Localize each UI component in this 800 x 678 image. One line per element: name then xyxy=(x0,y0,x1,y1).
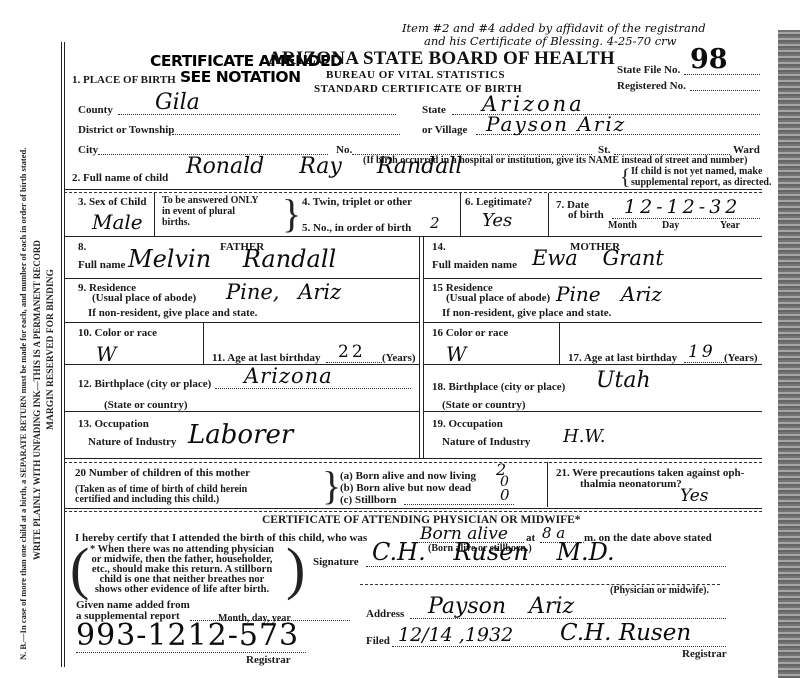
amendment-note: Item #2 and #4 added by affidavit of the… xyxy=(402,22,706,48)
write-plainly-text: WRITE PLAINLY WITH UNFADING INK—THIS IS … xyxy=(32,240,42,560)
legitimate-value: Yes xyxy=(482,210,512,231)
instruction-line-5: shows other evidence of life after birth… xyxy=(82,585,282,595)
col-divider xyxy=(547,462,548,507)
county-label: County xyxy=(78,104,113,116)
county-value: Gila xyxy=(155,90,200,115)
unnamed-note-2: supplemental report, as directed. xyxy=(631,177,771,188)
signature-line xyxy=(366,566,726,567)
registrar-line xyxy=(76,652,306,653)
children-count-note: (Taken as of time of birth of child here… xyxy=(75,485,247,505)
filed-registrar-signature: C.H. Rusen xyxy=(560,620,691,646)
father-birthplace-line xyxy=(215,388,411,389)
address-value: Payson Ariz xyxy=(428,594,574,619)
margin-reserved-text: MARGIN RESERVED FOR BINDING xyxy=(46,269,56,430)
row-divider xyxy=(423,278,762,279)
registrar-label: Registrar xyxy=(246,654,291,666)
father-section-number: 8. xyxy=(78,241,86,253)
child-name-value: Ronald Ray Randall xyxy=(186,154,462,179)
mother-color-value: W xyxy=(446,342,467,366)
mother-maiden-name-label: Full maiden name xyxy=(432,259,517,271)
children-count-label: 20 Number of children of this mother xyxy=(75,467,250,479)
filed-date-value: 12/14 ,1932 xyxy=(398,624,513,646)
village-value: Payson Ariz xyxy=(486,112,626,136)
attendant-certify-text: I hereby certify that I attended the bir… xyxy=(75,532,367,544)
unnamed-brace: { xyxy=(620,164,631,190)
mother-nonresident-label: If non-resident, give place and state. xyxy=(442,307,611,319)
mother-birthplace-value: Utah xyxy=(596,368,651,393)
plural-note-line-3: births. xyxy=(162,217,259,228)
father-age-label: 11. Age at last birthday xyxy=(212,352,320,364)
col-divider xyxy=(559,322,560,364)
father-age-unit: (Years) xyxy=(382,352,416,364)
ophthalmia-label-2: thalmia neonatorum? xyxy=(580,478,682,490)
nb-instruction-text: N. B.—In case of more than one child at … xyxy=(18,148,28,660)
plural-note-line-1: To be answered ONLY xyxy=(162,195,259,206)
date-of-birth-label: 7. Date of birth xyxy=(556,200,604,220)
row-divider xyxy=(64,236,762,237)
stillborn-value: 0 xyxy=(500,486,510,504)
father-state-country-label: (State or country) xyxy=(104,399,188,411)
father-nonresident-label: If non-resident, give place and state. xyxy=(88,307,257,319)
mother-age-unit: (Years) xyxy=(724,352,758,364)
mother-occupation-value: H.W. xyxy=(563,426,606,447)
mother-occupation-label: 19. Occupation xyxy=(432,418,503,430)
form-left-border-inner xyxy=(64,42,65,667)
filed-label: Filed xyxy=(366,635,390,647)
filed-line xyxy=(392,646,726,647)
father-residence-sub: (Usual place of abode) xyxy=(92,292,196,304)
row-divider xyxy=(423,322,762,323)
row-divider xyxy=(423,411,762,412)
mother-age-line xyxy=(684,362,724,363)
row-divider xyxy=(64,364,419,365)
attendant-instructions: * When there was no attending physician … xyxy=(82,545,282,595)
form-left-border xyxy=(61,42,62,667)
twin-label: 4. Twin, triplet or other xyxy=(302,196,412,208)
born-alive-living-label: (a) Born alive and now living xyxy=(340,470,476,482)
note-brace-right: ) xyxy=(286,540,305,598)
plural-birth-note: To be answered ONLY in event of plural b… xyxy=(162,195,259,228)
father-name-label: Full name xyxy=(78,259,125,271)
birth-order-label: 5. No., in order of birth xyxy=(302,222,411,234)
col-divider xyxy=(203,322,204,364)
dob-month-label: Month xyxy=(608,220,637,231)
mother-section-number: 14. xyxy=(432,241,446,253)
father-age-value: 22 xyxy=(338,342,366,362)
child-name-label: 2. Full name of child xyxy=(72,172,168,184)
signature-sub: (Physician or midwife). xyxy=(610,585,709,596)
village-label: or Village xyxy=(422,124,467,136)
signature-label: Signature xyxy=(313,556,359,568)
father-age-line xyxy=(326,362,382,363)
row-divider-dashed xyxy=(64,511,762,512)
bureau-title: BUREAU OF VITAL STATISTICS xyxy=(326,69,505,81)
scan-edge-shadow xyxy=(778,30,800,678)
sex-value: Male xyxy=(92,210,143,234)
dob-day-label: Day xyxy=(662,220,679,231)
mother-color-label: 16 Color or race xyxy=(432,327,508,339)
dob-line xyxy=(612,218,760,219)
father-occupation-label: 13. Occupation xyxy=(78,418,149,430)
birth-order-value: 2 xyxy=(430,214,440,232)
children-brace: } xyxy=(322,462,341,509)
legitimate-label: 6. Legitimate? xyxy=(465,196,532,208)
filed-registrar-label: Registrar xyxy=(682,648,727,660)
row-divider-dashed xyxy=(64,192,762,193)
mother-maiden-name-value: Ewa Grant xyxy=(532,246,664,270)
father-occupation-value: Laborer xyxy=(188,420,293,450)
registered-no-line xyxy=(690,90,760,91)
mother-industry-label: Nature of Industry xyxy=(442,436,530,448)
parent-columns-divider-2 xyxy=(423,236,424,458)
father-industry-label: Nature of Industry xyxy=(88,436,176,448)
mother-residence-sub: (Usual place of abode) xyxy=(446,292,550,304)
form-title: ARIZONA STATE BOARD OF HEALTH xyxy=(268,48,615,70)
stillborn-line xyxy=(404,504,514,505)
district-label: District or Township xyxy=(78,124,174,136)
mother-birthplace-label: 18. Birthplace (city or place) xyxy=(432,381,565,393)
children-note-line-2: certified and including this child.) xyxy=(75,495,247,505)
row-divider xyxy=(64,411,419,412)
plural-brace: } xyxy=(282,190,301,237)
row-divider-dashed xyxy=(64,462,762,463)
dob-label-line-2: of birth xyxy=(556,210,604,220)
address-label: Address xyxy=(366,608,404,620)
amendment-note-line-2: and his Certificate of Blessing. 4-25-70… xyxy=(402,35,706,48)
sex-label: 3. Sex of Child xyxy=(78,196,146,208)
amended-stamp-line-2: SEE NOTATION xyxy=(180,68,301,86)
mother-state-country-label: (State or country) xyxy=(442,399,526,411)
row-divider xyxy=(423,364,762,365)
mother-age-label: 17. Age at last birthday xyxy=(568,352,677,364)
col-divider xyxy=(548,193,549,236)
stillborn-label: (c) Stillborn xyxy=(340,494,397,506)
col-divider xyxy=(154,193,155,236)
district-line xyxy=(172,134,400,135)
date-of-birth-value: 12-12-32 xyxy=(624,196,741,218)
mother-residence-value: Pine Ariz xyxy=(556,282,662,306)
father-color-value: W xyxy=(96,342,117,366)
born-alive-dead-label: (b) Born alive but now dead xyxy=(340,482,471,494)
row-divider xyxy=(64,322,419,323)
row-divider xyxy=(64,278,419,279)
mother-age-value: 19 xyxy=(688,342,716,362)
father-name-value: Melvin Randall xyxy=(128,245,336,273)
place-of-birth-label: 1. PLACE OF BIRTH xyxy=(72,74,176,86)
city-label: City xyxy=(78,144,98,156)
father-birthplace-label: 12. Birthplace (city or place) xyxy=(78,378,211,390)
row-divider xyxy=(64,189,762,190)
parent-columns-divider xyxy=(419,236,420,458)
plural-note-line-2: in event of plural xyxy=(162,206,259,217)
supplemental-report-value: 993-1212-573 xyxy=(76,618,299,653)
registered-no-label: Registered No. xyxy=(617,80,686,92)
unnamed-note-1: If child is not yet named, make xyxy=(631,166,762,177)
state-label: State xyxy=(422,104,446,116)
state-file-label: State File No. xyxy=(617,64,680,76)
row-divider xyxy=(64,508,762,509)
father-residence-value: Pine, Ariz xyxy=(226,280,341,304)
signature-value: C.H. Rusen M.D. xyxy=(372,538,615,566)
col-divider xyxy=(460,193,461,236)
dob-year-label: Year xyxy=(720,220,740,231)
father-color-label: 10. Color or race xyxy=(78,327,157,339)
state-file-number: 98 xyxy=(690,44,728,75)
ophthalmia-value: Yes xyxy=(680,486,709,506)
row-divider xyxy=(64,458,762,459)
father-birthplace-value: Arizona xyxy=(244,364,333,388)
